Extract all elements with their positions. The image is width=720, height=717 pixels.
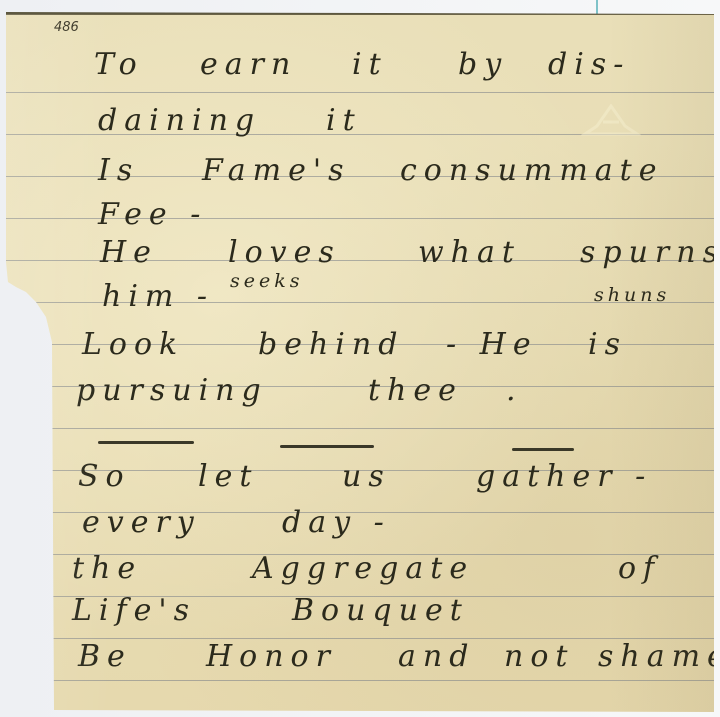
- word: pursuing: [76, 376, 268, 406]
- word: Is: [98, 156, 139, 186]
- word: Fame's: [202, 156, 351, 186]
- manuscript-line-11: the Aggregate of: [6, 554, 714, 594]
- ruled-line: [6, 92, 714, 93]
- word: him -: [102, 282, 214, 312]
- manuscript-line-1: To earn it by dis-: [6, 50, 714, 90]
- manuscript-line-2: daining it: [6, 106, 714, 146]
- word: Fee -: [98, 200, 207, 230]
- word: consummate: [400, 156, 664, 186]
- page-number: 486: [54, 20, 79, 35]
- word: loves: [228, 238, 341, 268]
- word: earn: [200, 50, 297, 80]
- manuscript-line-6: him -: [6, 282, 714, 322]
- manuscript-line-12: Life's Bouquet: [6, 596, 714, 636]
- word: what: [418, 238, 521, 268]
- manuscript-line-9: So let us gather -: [6, 462, 714, 502]
- word: - He: [446, 330, 538, 360]
- separator-dash: [280, 445, 374, 448]
- word: Honor: [206, 642, 337, 672]
- word: Aggregate: [252, 554, 474, 584]
- word: of: [618, 554, 661, 584]
- word: let: [198, 462, 258, 492]
- manuscript-line-8: pursuing thee .: [6, 376, 714, 416]
- word: day -: [282, 508, 391, 538]
- word: by: [458, 50, 508, 80]
- scanner-mark: [596, 0, 598, 14]
- manuscript-line-7: Look behind - He is: [6, 330, 714, 370]
- word: it: [326, 106, 362, 136]
- word: Look: [82, 330, 184, 360]
- word: spurns: [580, 238, 720, 268]
- separator-dash: [512, 448, 574, 451]
- word: shame: [598, 642, 720, 672]
- ruled-line: [6, 428, 714, 429]
- manuscript-line-10: every day -: [6, 508, 714, 548]
- word: us: [342, 462, 391, 492]
- word: To: [94, 50, 144, 80]
- word: not: [504, 642, 574, 672]
- word: daining: [98, 106, 261, 136]
- word: Be: [78, 642, 132, 672]
- word: is: [588, 330, 627, 360]
- manuscript-page: 486 To earn it by dis- daining it Is Fam…: [6, 12, 714, 714]
- word: every: [82, 508, 201, 538]
- word: .: [506, 376, 523, 406]
- word: it: [352, 50, 388, 80]
- separator-dash: [98, 441, 194, 444]
- word: behind: [258, 330, 404, 360]
- word: He: [100, 238, 158, 268]
- word: So: [78, 462, 131, 492]
- word: the: [72, 554, 142, 584]
- word: Life's: [72, 596, 196, 626]
- manuscript-line-4: Fee -: [6, 200, 714, 240]
- word: Bouquet: [292, 596, 469, 626]
- manuscript-line-13: Be Honor and not shame: [6, 642, 714, 682]
- word: dis-: [548, 50, 630, 80]
- word: gather -: [476, 462, 652, 492]
- word: thee: [368, 376, 463, 406]
- word: and: [398, 642, 475, 672]
- manuscript-line-3: Is Fame's consummate: [6, 156, 714, 196]
